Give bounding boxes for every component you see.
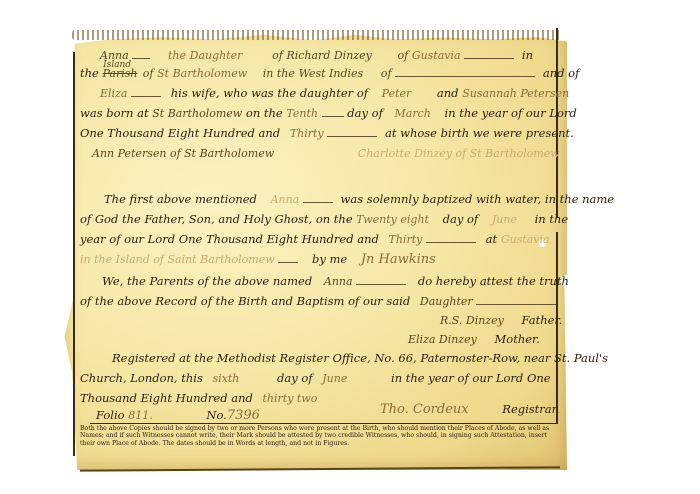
father-name: Richard Dinzey bbox=[286, 49, 371, 62]
attestation-line-2: of the above Record of the Birth and Bap… bbox=[80, 294, 556, 308]
attested-name: Anna bbox=[324, 275, 353, 288]
birth-line-2: the Parish Island of St Bartholomew in t… bbox=[80, 66, 579, 80]
left-border-rule bbox=[73, 52, 75, 456]
right-border-rule bbox=[556, 28, 558, 218]
folio-number: 811. bbox=[128, 409, 153, 422]
birth-month: March bbox=[395, 107, 431, 120]
birthplace: St Bartholomew bbox=[152, 107, 242, 120]
minister-signature: Jn Hawkins bbox=[361, 252, 436, 267]
baptism-line-1: The first above mentioned Anna was solem… bbox=[104, 192, 614, 206]
registration-year: thirty two bbox=[263, 392, 318, 405]
mother-name: Eliza bbox=[100, 87, 127, 100]
witness-2: Charlotte Dinzey of St Bartholomew bbox=[358, 147, 560, 160]
mother-signature-row: Eliza Dinzey Mother. bbox=[408, 332, 540, 346]
birth-line-1: Anna the Daughter of Richard Dinzey of G… bbox=[100, 48, 533, 62]
registration-number: 7396 bbox=[227, 408, 260, 423]
register-office-number: No. 66, bbox=[374, 351, 416, 365]
registration-month: June bbox=[322, 372, 347, 385]
footnote-divider bbox=[90, 423, 556, 424]
birth-line-4: was born at St Bartholomew on the Tenth … bbox=[80, 106, 577, 120]
inserted-island: Island bbox=[103, 60, 131, 70]
registration-line-3: Thousand Eight Hundred and thirty two bbox=[80, 391, 317, 405]
baptism-year: Thirty bbox=[389, 233, 423, 246]
witness-1: Ann Petersen of St Bartholomew bbox=[92, 147, 274, 160]
birth-line-5: One Thousand Eight Hundred and Thirty at… bbox=[80, 126, 574, 140]
grandfather-name: Peter bbox=[382, 87, 412, 100]
baptism-month: June bbox=[492, 213, 517, 226]
baptism-place: Gustavia bbox=[501, 233, 550, 246]
birth-line-3: Eliza his wife, who was the daughter of … bbox=[100, 86, 569, 100]
relation: Daughter bbox=[190, 49, 243, 62]
registration-line-1: Registered at the Methodist Register Off… bbox=[112, 351, 608, 365]
baptism-line-3: year of our Lord One Thousand Eight Hund… bbox=[80, 232, 550, 246]
father-signature-row: R.S. Dinzey Father. bbox=[440, 313, 562, 327]
baptism-line-4: in the Island of Saint Bartholomew by me… bbox=[80, 252, 436, 267]
island-name: St Bartholomew bbox=[157, 67, 247, 80]
baptism-location: in the Island of Saint Bartholomew bbox=[80, 253, 275, 266]
residence: Gustavia bbox=[412, 49, 461, 62]
region: West Indies bbox=[299, 67, 364, 80]
scalloped-top-edge bbox=[72, 30, 562, 40]
baptism-name: Anna bbox=[271, 193, 300, 206]
mother-signature: Eliza Dinzey bbox=[408, 333, 477, 346]
grandmother-name: Susannah Petersen bbox=[462, 87, 569, 100]
folio-row: Folio 811. No.7396 bbox=[96, 408, 260, 423]
birth-year: Thirty bbox=[290, 127, 324, 140]
registration-day: sixth bbox=[213, 372, 240, 385]
birth-witnesses: Ann Petersen of St Bartholomew Charlotte… bbox=[92, 146, 560, 160]
father-signature: R.S. Dinzey bbox=[440, 314, 504, 327]
baptism-line-2: of God the Father, Son, and Holy Ghost, … bbox=[80, 212, 568, 226]
birth-day: Tenth bbox=[286, 107, 318, 120]
right-border-rule-lower bbox=[556, 232, 558, 424]
registration-line-2: Church, London, this sixth day of June i… bbox=[80, 371, 551, 385]
attested-relation: Daughter bbox=[420, 295, 473, 308]
footnote: Both the above Copies should be signed b… bbox=[80, 425, 560, 447]
baptism-day: Twenty eight bbox=[356, 213, 429, 226]
registrar-signature: Tho. Cordeux bbox=[380, 402, 469, 417]
attestation-line-1: We, the Parents of the above named Anna … bbox=[102, 274, 569, 288]
registrar-row: Tho. Cordeux Registrar. bbox=[380, 402, 560, 417]
